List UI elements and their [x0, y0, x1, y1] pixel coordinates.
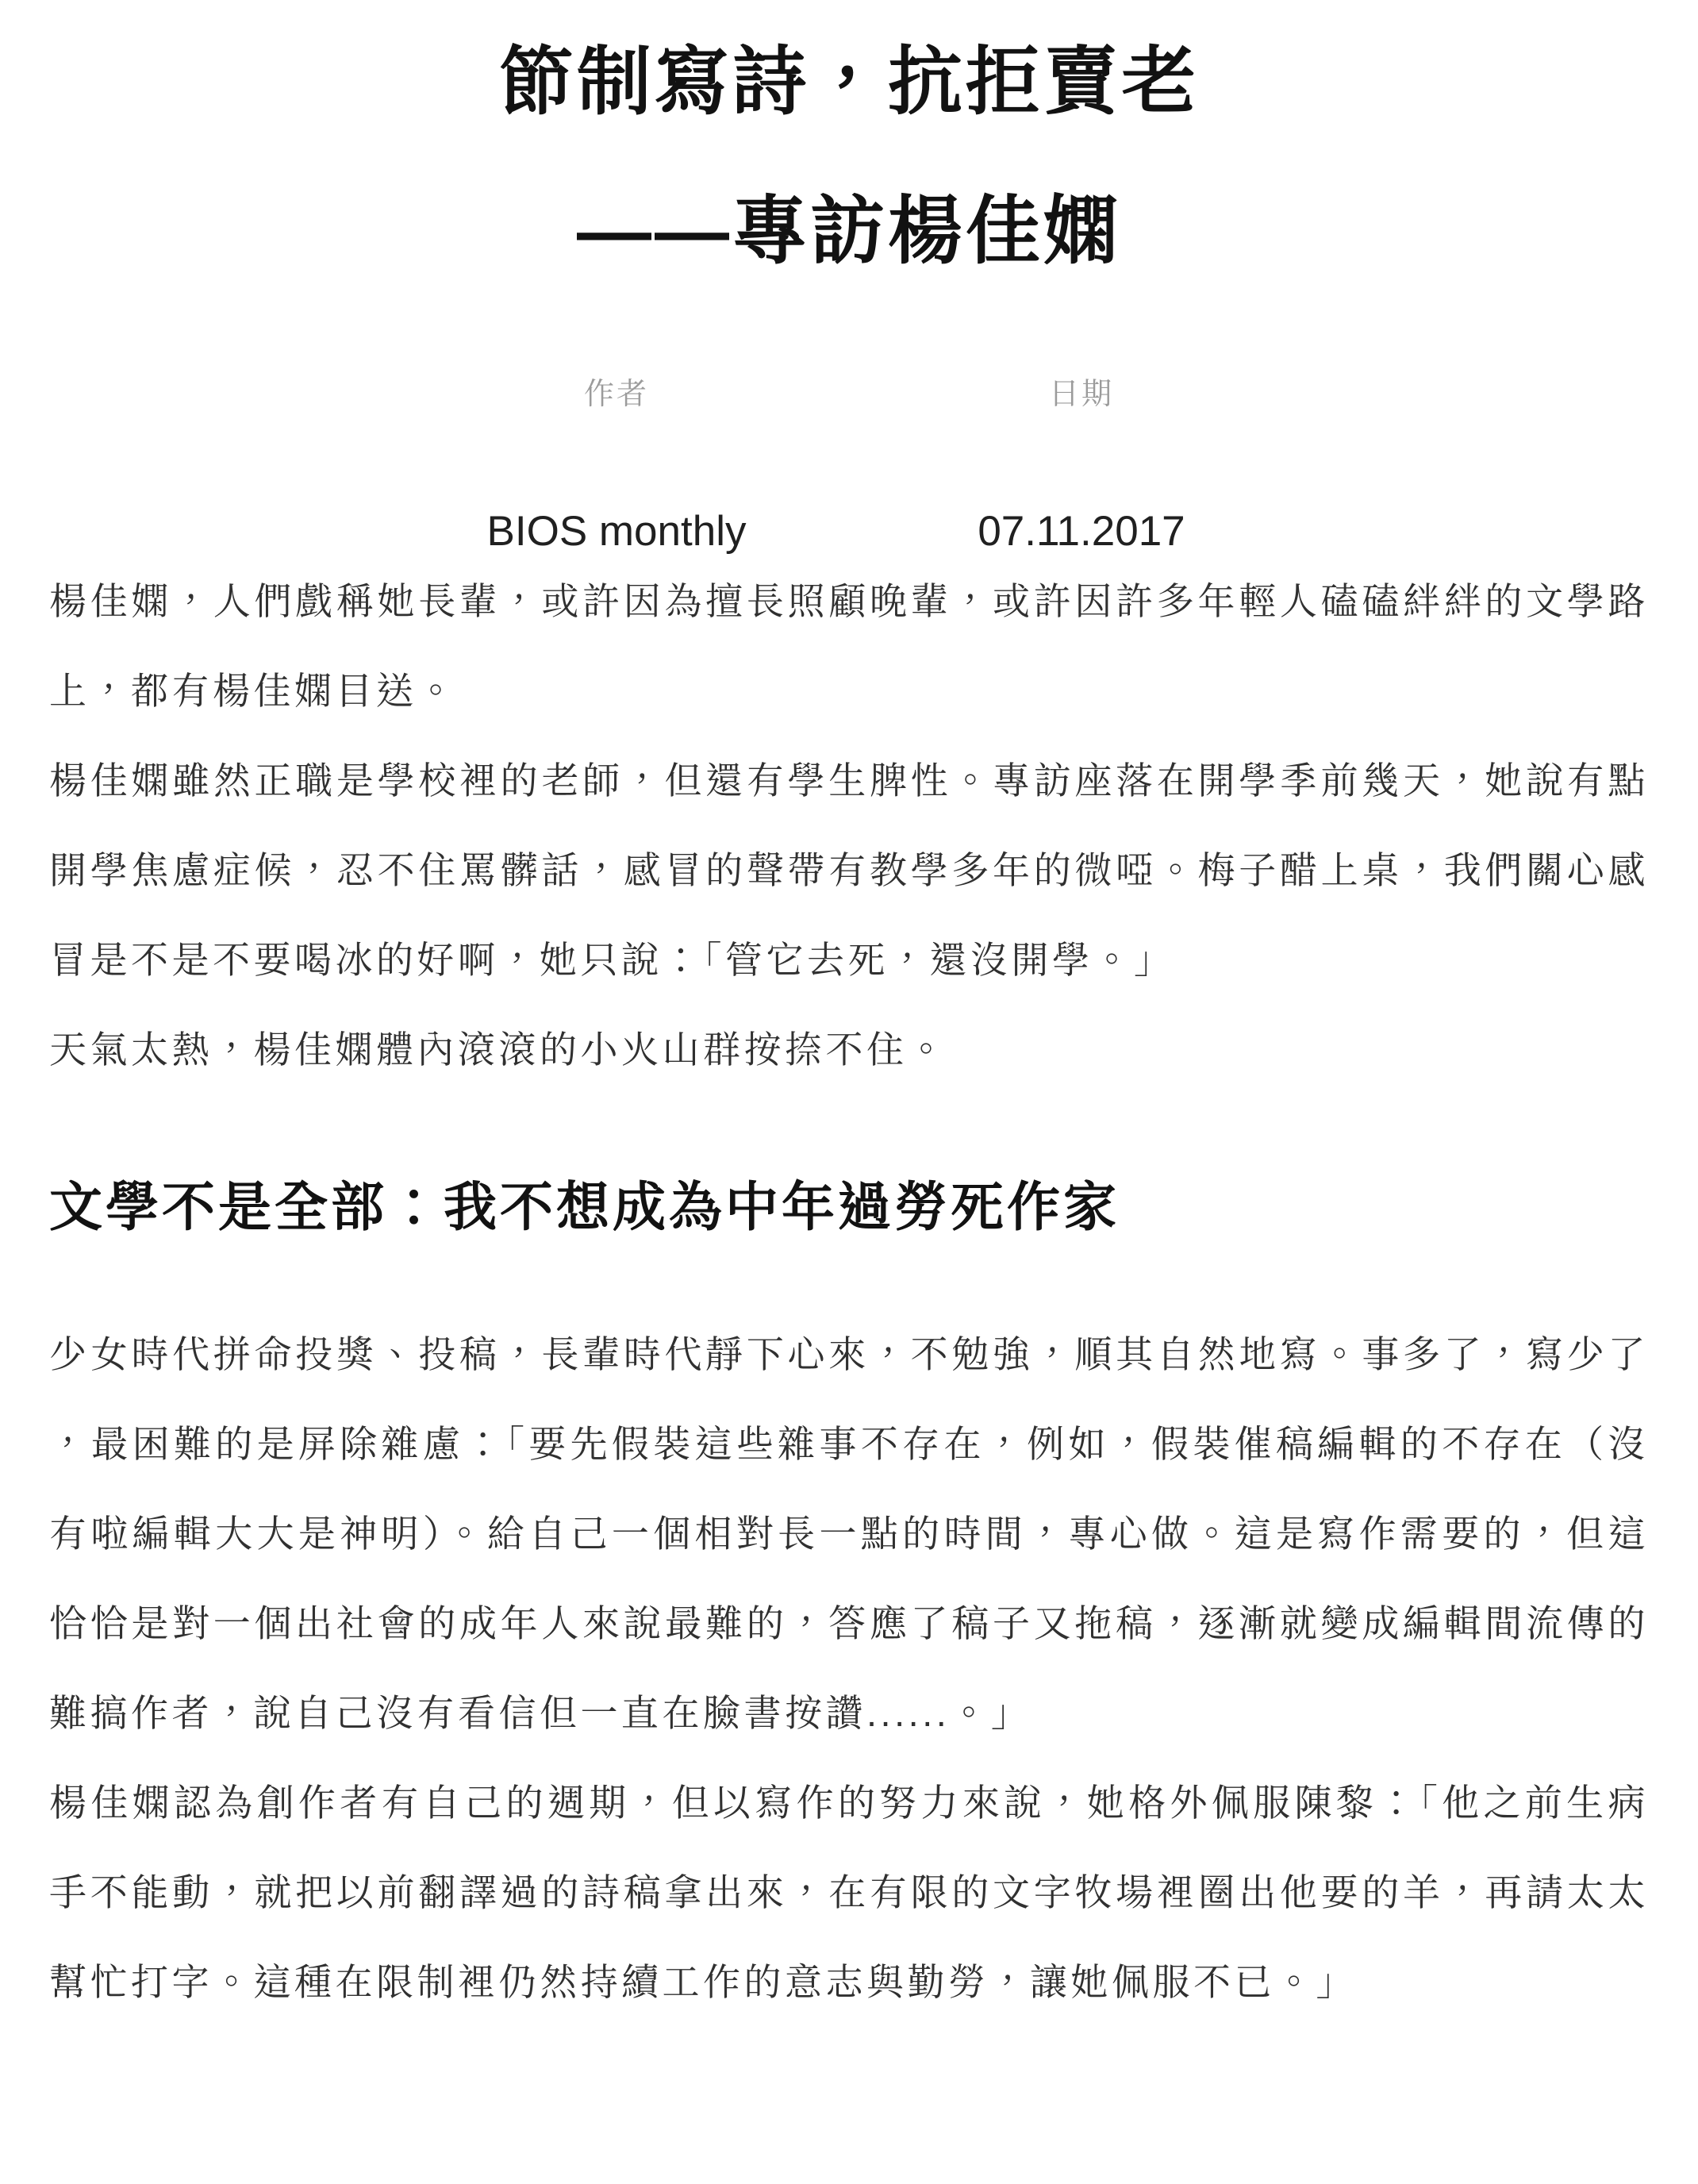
intro-paragraph-2: 楊佳嫻雖然正職是學校裡的老師，但還有學生脾性。專訪座落在開學季前幾天，她說有點開…	[49, 736, 1649, 1005]
section-paragraph-2-clipped: 楊佳嫻認為創作者有自己的週期，但以寫作的努力來說，她格外佩服陳黎：「他之前生病手…	[49, 1758, 1649, 2027]
date-label: 日期	[871, 375, 1292, 413]
section-paragraph-1: 少女時代拼命投獎、投稿，長輩時代靜下心來，不勉強，順其自然地寫。事多了，寫少了，…	[49, 1309, 1649, 1758]
article-title: 節制寫詩，抗拒賣老 ——專訪楊佳嫻	[0, 7, 1698, 306]
article-meta: 作者 BIOS monthly 日期 07.11.2017	[0, 375, 1698, 556]
article-title-line-2: ——專訪楊佳嫻	[0, 156, 1698, 306]
intro-paragraph-1: 楊佳嫻，人們戲稱她長輩，或許因為擅長照顧晚輩，或許因許多年輕人磕磕絆絆的文學路上…	[49, 556, 1649, 736]
date-column: 日期 07.11.2017	[871, 375, 1292, 556]
intro-paragraph-3: 天氣太熱，楊佳嫻體內滾滾的小火山群按捺不住。	[49, 1005, 1649, 1094]
author-column: 作者 BIOS monthly	[406, 375, 827, 556]
author-label: 作者	[406, 375, 827, 413]
article-body: 楊佳嫻，人們戲稱她長輩，或許因為擅長照顧晚輩，或許因許多年輕人磕磕絆絆的文學路上…	[0, 556, 1698, 2027]
article-title-line-1: 節制寫詩，抗拒賣老	[0, 7, 1698, 156]
date-value: 07.11.2017	[871, 507, 1292, 556]
article-page: 節制寫詩，抗拒賣老 ——專訪楊佳嫻 作者 BIOS monthly 日期 07.…	[0, 0, 1698, 2184]
section-heading: 文學不是全部：我不想成為中年過勞死作家	[49, 1174, 1649, 1242]
author-value: BIOS monthly	[406, 507, 827, 556]
